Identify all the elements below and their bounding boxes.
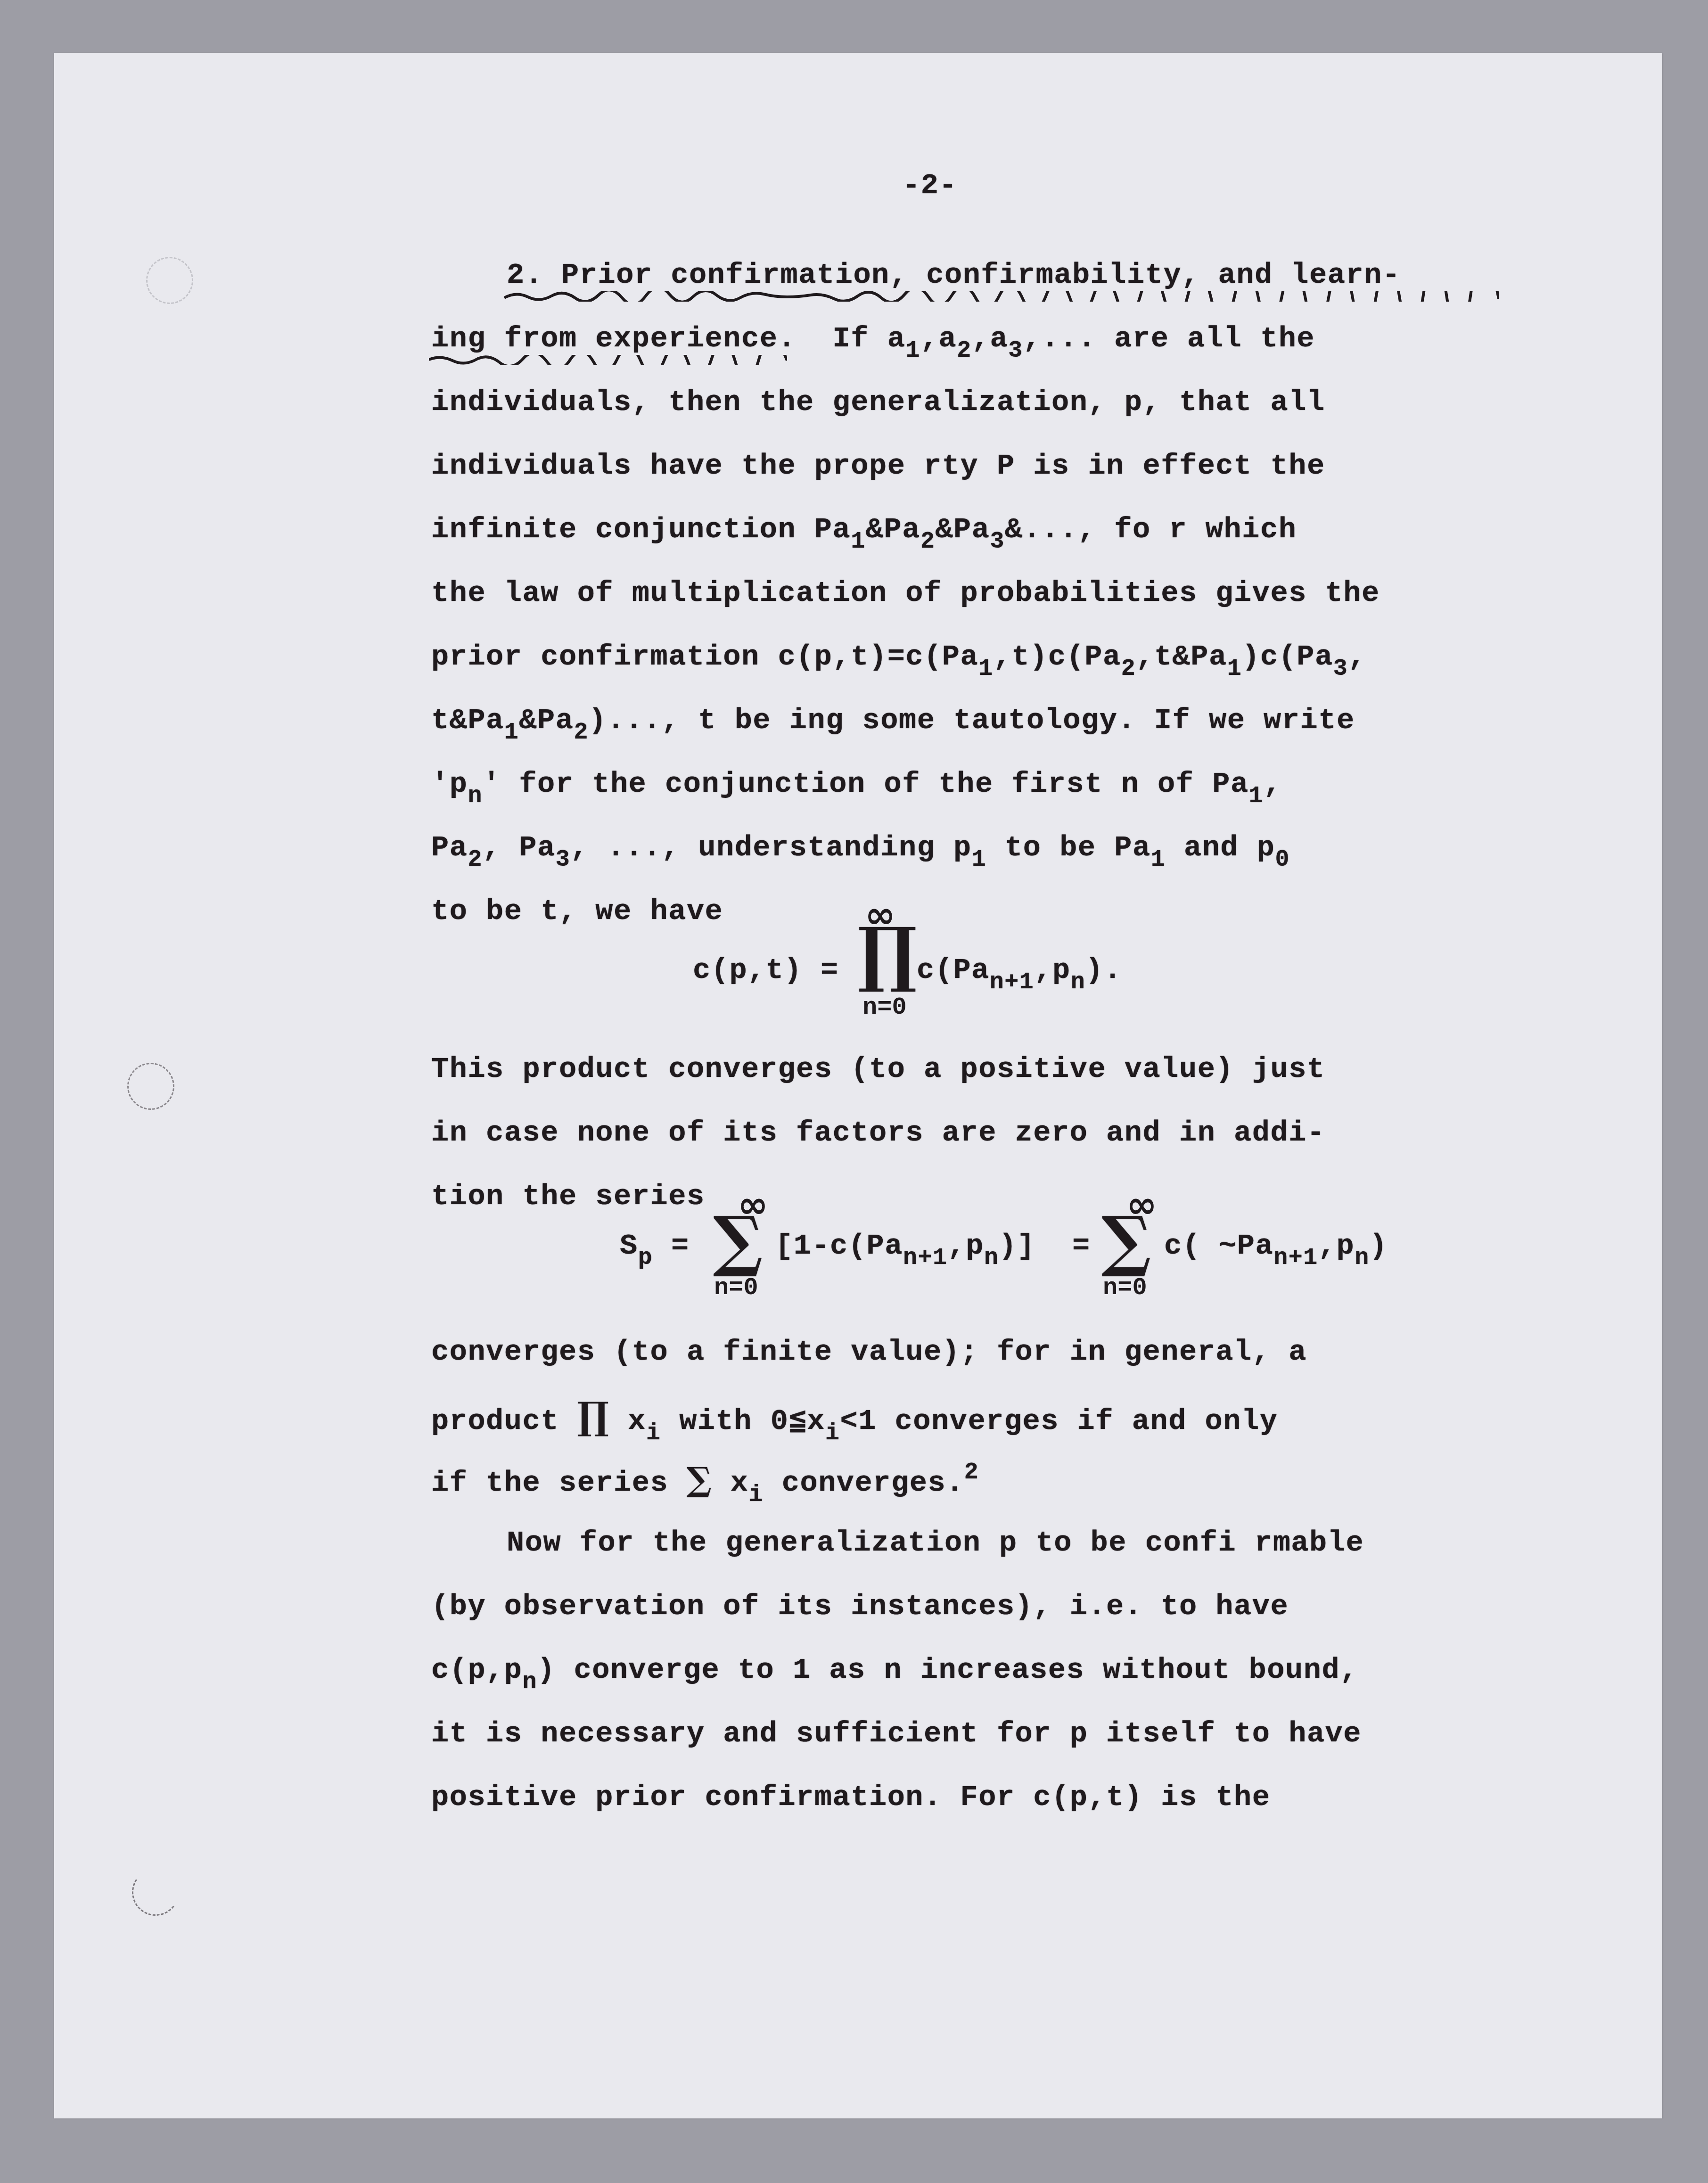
wavy-underline-heading-line2 (429, 355, 787, 365)
sum1-lower-limit: n=0 (714, 1274, 758, 1302)
heading-line2-underlined: ing from experience. (431, 322, 796, 355)
equation2-lhs: Sp = (620, 1231, 690, 1261)
hole-punch-top (146, 257, 193, 304)
product-operator-icon: ∏ (858, 918, 917, 989)
product-symbol-icon: ∏ (577, 1394, 610, 1438)
text-line-product-condition: product ∏ xi with 0≦xi<1 converges if an… (431, 1401, 1278, 1436)
hole-punch-middle (127, 1063, 174, 1110)
sum2-lower-limit: n=0 (1103, 1274, 1147, 1302)
text-line-converges: converges (to a finite value); for in ge… (431, 1338, 1307, 1367)
text-line-2: ing from experience. If a1,a2,a3,... are… (431, 324, 1315, 353)
text-line-11: to be t, we have (431, 897, 723, 926)
footnote-marker: 2 (964, 1459, 979, 1486)
sum2-body: c( ~Pan+1,pn) (1164, 1231, 1388, 1261)
sum1-body: [1-c(Pan+1,pn)] (775, 1231, 1035, 1261)
text-line-necessary-sufficient: it is necessary and sufficient for p its… (431, 1719, 1362, 1748)
wavy-underline-heading-line1 (504, 291, 1499, 302)
text-line-10: Pa2, Pa3, ..., understanding p1 to be Pa… (431, 833, 1290, 862)
text-line-4: individuals have the prope rty P is in e… (431, 451, 1325, 481)
summation-operator-icon: ∑ (713, 1208, 763, 1274)
text-line-this-product: This product converges (to a positive va… (431, 1055, 1325, 1084)
text-line-6: the law of multiplication of probabiliti… (431, 579, 1380, 608)
text-line-if-the-series: if the series ∑ xi converges.2 (431, 1465, 979, 1498)
equation1-lower-limit: n=0 (862, 993, 907, 1021)
text-line-7: prior confirmation c(p,t)=c(Pa1,t)c(Pa2,… (431, 642, 1366, 672)
text-line-tion-the-series: tion the series (431, 1182, 705, 1211)
section-heading-line1: 2. Prior confirmation, confirmability, a… (507, 261, 1401, 290)
hole-punch-bottom (128, 1865, 183, 1920)
page-number: -2- (903, 171, 957, 200)
text-line-3: individuals, then the generalization, p,… (431, 388, 1325, 417)
document-page: -2- 2. Prior confirmation, confirmabilit… (54, 53, 1662, 2118)
text-line-in-case: in case none of its factors are zero and… (431, 1118, 1325, 1148)
summation-operator-icon: ∑ (1101, 1208, 1151, 1274)
text-line-5: infinite conjunction Pa1&Pa2&Pa3&..., fo… (431, 515, 1297, 544)
text-line-converge-to-1: c(p,pn) converge to 1 as n increases wit… (431, 1656, 1358, 1685)
text-line-now-for: Now for the generalization p to be confi… (507, 1528, 1364, 1558)
equation1-body: c(Pan+1,pn). (917, 956, 1122, 985)
sigma-symbol-icon: ∑ (687, 1460, 712, 1499)
text-line-positive-prior: positive prior confirmation. For c(p,t) … (431, 1783, 1270, 1812)
text-line-by-observation: (by observation of its instances), i.e. … (431, 1592, 1289, 1621)
equation1-lhs: c(p,t) = (693, 956, 857, 985)
equation2-equals: = (1072, 1231, 1091, 1261)
text-line-9: 'pn' for the conjunction of the first n … (431, 770, 1282, 799)
text-line-8: t&Pa1&Pa2)..., t be ing some tautology. … (431, 706, 1355, 735)
